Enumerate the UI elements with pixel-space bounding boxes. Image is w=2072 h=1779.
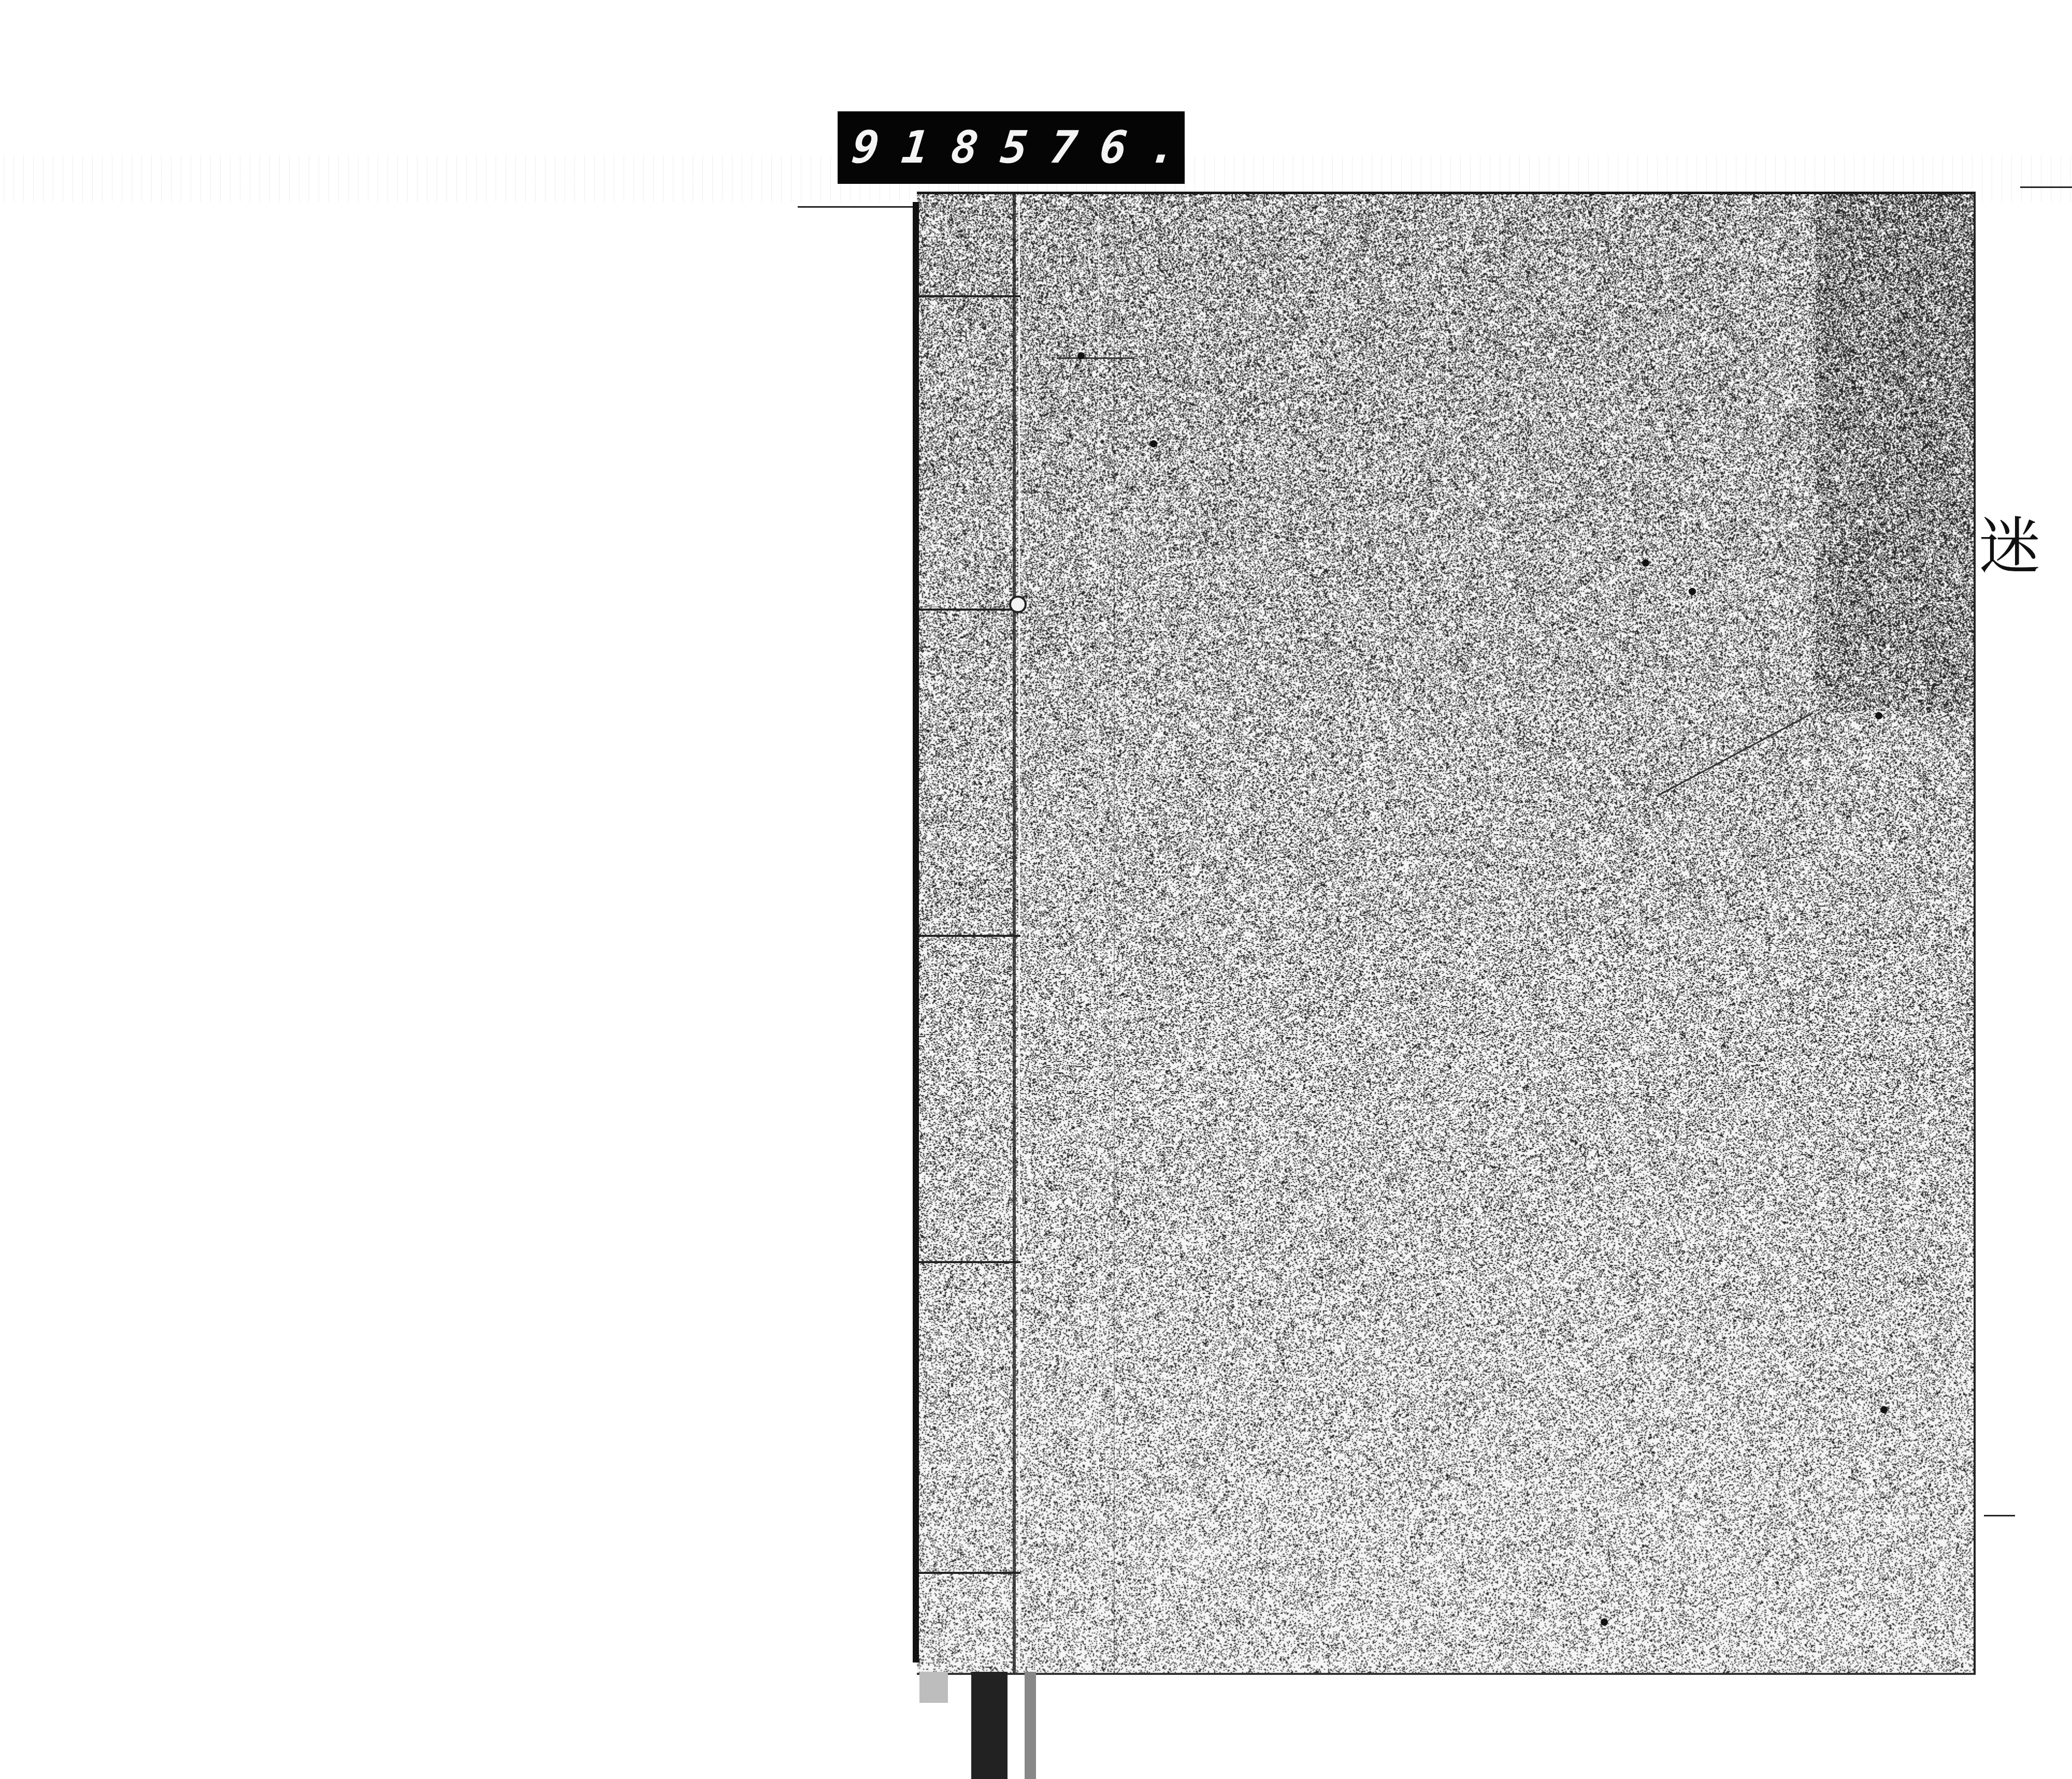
binding-stitch xyxy=(917,1261,1020,1263)
binding-stitch xyxy=(917,609,1020,611)
call-number-class: 918 xyxy=(850,122,1004,173)
spot-mark xyxy=(1150,440,1157,447)
fold-line xyxy=(1114,194,1115,1673)
spot-mark xyxy=(1642,559,1649,567)
spine-edge xyxy=(913,202,919,1662)
book-cover xyxy=(917,192,1976,1675)
spot-mark xyxy=(1880,1406,1888,1413)
spot-mark xyxy=(1875,712,1882,719)
edge-line xyxy=(798,206,922,208)
page-edge-strip xyxy=(971,1672,1008,1779)
binding-stitch xyxy=(917,1572,1020,1574)
call-number-item: 576. xyxy=(998,122,1202,173)
edge-line xyxy=(2020,186,2072,188)
spot-mark xyxy=(1077,352,1085,359)
call-number-label: 918 576. xyxy=(838,111,1185,184)
edge-character-fragment: 迷 xyxy=(1979,497,2041,586)
scratch-mark xyxy=(1057,357,1134,359)
spine-fold xyxy=(1013,194,1016,1673)
binding-stitch xyxy=(917,295,1020,297)
page-edge-strip xyxy=(1025,1672,1036,1779)
page-edge-strip xyxy=(919,1672,948,1703)
fold-line xyxy=(1098,194,1099,1673)
paper-texture xyxy=(917,194,1974,1673)
edge-line xyxy=(1984,1515,2015,1516)
spot-mark xyxy=(1689,588,1696,595)
binding-stitch xyxy=(917,935,1020,937)
binding-knot xyxy=(1009,596,1027,613)
spot-mark xyxy=(1601,1618,1608,1626)
spine-thread xyxy=(1018,194,1020,1673)
